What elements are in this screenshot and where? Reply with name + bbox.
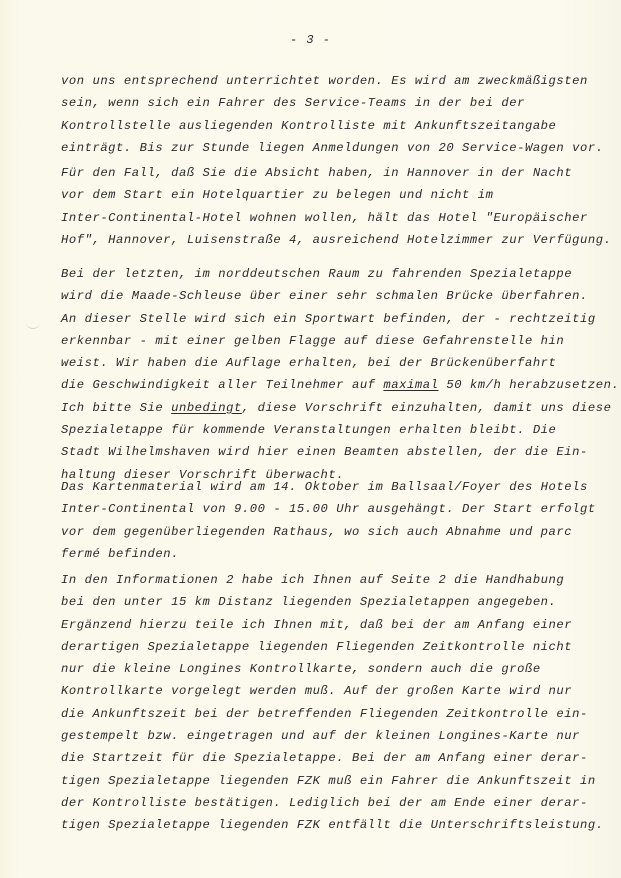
text-line: die Startzeit für die Spezialetappe. Bei… xyxy=(61,747,621,769)
text-line: Für den Fall, daß Sie die Absicht haben,… xyxy=(61,162,621,184)
text-line: Ergänzend hierzu teile ich Ihnen mit, da… xyxy=(61,614,621,636)
text-line: Ich bitte Sie unbedingt, diese Vorschrif… xyxy=(61,397,621,419)
text-line: sein, wenn sich ein Fahrer des Service-T… xyxy=(61,92,621,114)
paragraph-service-teams: von uns entsprechend unterrichtet worden… xyxy=(61,70,621,159)
text-line: erkennbar - mit einer gelben Flagge auf … xyxy=(61,330,621,352)
text-line: tigen Spezialetappe liegenden FZK entfäl… xyxy=(61,814,621,836)
paragraph-bridge-speed-limit: Bei der letzten, im norddeutschen Raum z… xyxy=(61,263,621,486)
text-line: fermé befinden. xyxy=(61,543,621,565)
page-number: - 3 - xyxy=(0,33,621,47)
text-line: von uns entsprechend unterrichtet worden… xyxy=(61,70,621,92)
text-line: bei den unter 15 km Distanz liegenden Sp… xyxy=(61,591,621,613)
text-line: vor dem Start ein Hotelquartier zu beleg… xyxy=(61,184,621,206)
text-line: An dieser Stelle wird sich ein Sportwart… xyxy=(61,308,621,330)
underlined-emphasis: unbedingt xyxy=(171,401,242,415)
text-line: die Ankunftszeit bei der betreffenden Fl… xyxy=(61,703,621,725)
text-line: gestempelt bzw. eingetragen und auf der … xyxy=(61,725,621,747)
paragraph-hotel: Für den Fall, daß Sie die Absicht haben,… xyxy=(61,162,621,251)
text-line: derartigen Spezialetappe liegenden Flieg… xyxy=(61,636,621,658)
text-line: weist. Wir haben die Auflage erhalten, b… xyxy=(61,352,621,374)
text-line: nur die kleine Longines Kontrollkarte, s… xyxy=(61,658,621,680)
text-line: Stadt Wilhelmshaven wird hier einen Beam… xyxy=(61,441,621,463)
text-line: vor dem gegenüberliegenden Rathaus, wo s… xyxy=(61,521,621,543)
text-line: einträgt. Bis zur Stunde liegen Anmeldun… xyxy=(61,137,621,159)
text-line: Spezialetappe für kommende Veranstaltung… xyxy=(61,419,621,441)
text-line: tigen Spezialetappe liegenden FZK muß ei… xyxy=(61,770,621,792)
text-line: Hof", Hannover, Luisenstraße 4, ausreich… xyxy=(61,229,621,251)
punch-hole-mark xyxy=(26,310,40,329)
text-line: Bei der letzten, im norddeutschen Raum z… xyxy=(61,263,621,285)
text-line: der Kontrolliste bestätigen. Lediglich b… xyxy=(61,792,621,814)
text-line: Kontrollstelle ausliegenden Kontrolliste… xyxy=(61,115,621,137)
paragraph-map-material: Das Kartenmaterial wird am 14. Oktober i… xyxy=(61,476,621,565)
text-line: Das Kartenmaterial wird am 14. Oktober i… xyxy=(61,476,621,498)
text-line: Kontrollkarte vorgelegt werden muß. Auf … xyxy=(61,680,621,702)
text-line: die Geschwindigkeit aller Teilnehmer auf… xyxy=(61,374,621,396)
text-line: wird die Maade-Schleuse über einer sehr … xyxy=(61,285,621,307)
paragraph-time-control: In den Informationen 2 habe ich Ihnen au… xyxy=(61,569,621,837)
text-line: Inter-Continental von 9.00 - 15.00 Uhr a… xyxy=(61,498,621,520)
document-page: - 3 - von uns entsprechend unterrichtet … xyxy=(0,0,621,878)
underlined-emphasis: maximal xyxy=(383,378,438,392)
text-line: In den Informationen 2 habe ich Ihnen au… xyxy=(61,569,621,591)
text-line: Inter-Continental-Hotel wohnen wollen, h… xyxy=(61,207,621,229)
